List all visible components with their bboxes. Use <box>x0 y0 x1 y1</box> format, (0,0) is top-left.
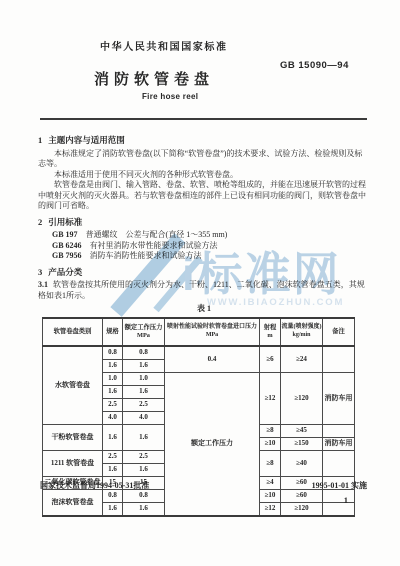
footer-implementation-date: 1995-01-01 实施 <box>312 480 367 491</box>
cell-range: ≥10 <box>260 437 281 450</box>
clause-number: 3.1 <box>38 280 48 289</box>
cell-category-water: 水软管卷盘 <box>43 346 103 425</box>
header-category: 软管卷盘类别 <box>43 318 103 346</box>
cell-spec: 1.6 <box>103 463 123 476</box>
section-2-number: 2 <box>38 217 42 227</box>
cell-range: ≥4 <box>260 476 281 489</box>
cell-remark <box>323 346 355 373</box>
header-divider <box>40 118 367 120</box>
section-3-number: 3 <box>38 267 42 277</box>
reference-title: 有衬里消防水带性能要求和试验方法 <box>90 241 218 250</box>
cell-flow: ≥120 <box>281 502 323 516</box>
cell-rated: 0.8 <box>123 346 165 360</box>
cell-inlet: 0.4 <box>165 346 260 373</box>
cell-flow: ≥120 <box>281 372 323 424</box>
header-inlet-pressure-unit: MPa <box>165 332 259 340</box>
header-rated-pressure-label: 额定工作压力 <box>123 324 164 332</box>
cell-spec: 1.6 <box>103 502 123 516</box>
cell-flow: ≥40 <box>281 450 323 476</box>
header-range-unit: m <box>260 332 280 340</box>
cell-rated: 1.6 <box>123 359 165 372</box>
standard-code: GB 15090—94 <box>280 60 349 71</box>
cell-range: ≥6 <box>260 346 281 373</box>
reference-code: GB 7956 <box>52 251 82 260</box>
reference-item: GB 7956消防车消防性能要求和试验方法 <box>52 251 370 262</box>
document-body: 1主题内容与适用范围 本标准规定了消防软管卷盘(以下简称“软管卷盘”)的技术要求… <box>38 130 370 517</box>
table-header-row: 软管卷盘类别 规格 额定工作压力 MPa 喷射性能试验时软管卷盘进口压力 MPa… <box>43 318 355 346</box>
cell-rated: 2.5 <box>123 450 165 463</box>
section-2-heading: 2引用标准 <box>38 217 370 228</box>
reference-list: GB 197普通螺纹 公差与配合(直径 1～355 mm) GB 6246有衬里… <box>52 230 370 262</box>
cell-spec: 4.0 <box>103 411 123 424</box>
document-title: 消防软管卷盘 <box>94 68 214 89</box>
section-2-title: 引用标准 <box>48 217 82 227</box>
cell-remark <box>323 450 355 476</box>
cell-spec: 1.6 <box>103 359 123 372</box>
header-spec: 规格 <box>103 318 123 346</box>
cell-remark <box>323 502 355 516</box>
standard-label: 中华人民共和国国家标准 <box>100 38 228 53</box>
cell-flow: ≥45 <box>281 424 323 437</box>
cell-spec: 1.6 <box>103 424 123 450</box>
cell-rated: 1.6 <box>123 424 165 450</box>
reference-title: 消防车消防性能要求和试验方法 <box>90 251 202 260</box>
cell-range: ≥12 <box>260 502 281 516</box>
cell-spec: 2.5 <box>103 398 123 411</box>
cell-range: ≥10 <box>260 489 281 502</box>
section-1-heading: 1主题内容与适用范围 <box>38 135 370 146</box>
header-flow: 流量(喷射强度) kg/min <box>281 318 323 346</box>
cell-range: ≥8 <box>260 450 281 476</box>
header-inlet-pressure-label: 喷射性能试验时软管卷盘进口压力 <box>165 324 259 332</box>
cell-spec: 1.6 <box>103 385 123 398</box>
header-rated-pressure: 额定工作压力 MPa <box>123 318 165 346</box>
table-caption: 表 1 <box>38 304 370 315</box>
cell-remark <box>323 424 355 437</box>
section-3-heading: 3产品分类 <box>38 267 370 278</box>
reference-code: GB 6246 <box>52 241 82 250</box>
header-range-label: 射程 <box>260 324 280 332</box>
reference-item: GB 6246有衬里消防水带性能要求和试验方法 <box>52 241 370 252</box>
reference-title: 普通螺纹 公差与配合(直径 1～355 mm) <box>86 230 228 239</box>
page-number: 1 <box>344 495 348 505</box>
document-page: 中华人民共和国国家标准 GB 15090—94 消防软管卷盘 Fire hose… <box>0 0 400 566</box>
table-row: 水软管卷盘 0.8 0.8 0.4 ≥6 ≥24 <box>43 346 355 360</box>
cell-inlet-rated-working-pressure: 额定工作压力 <box>165 372 260 516</box>
section-1-title: 主题内容与适用范围 <box>48 135 125 145</box>
cell-flow: ≥24 <box>281 346 323 373</box>
paragraph: 软管卷盘是由阀门、输入管路、卷盘、软管、喷枪等组成的，并能在迅速展开软管的过程中… <box>38 180 370 212</box>
cell-rated: 1.6 <box>123 385 165 398</box>
header-inlet-pressure: 喷射性能试验时软管卷盘进口压力 MPa <box>165 318 260 346</box>
cell-flow: ≥150 <box>281 437 323 450</box>
cell-range: ≥8 <box>260 424 281 437</box>
document-subtitle-english: Fire hose reel <box>142 92 198 101</box>
cell-spec: 2.5 <box>103 450 123 463</box>
cell-rated: 1.0 <box>123 372 165 385</box>
cell-category-dry-powder: 干粉软管卷盘 <box>43 424 103 450</box>
header-rated-pressure-unit: MPa <box>123 332 164 340</box>
cell-rated: 4.0 <box>123 411 165 424</box>
cell-spec: 0.8 <box>103 346 123 360</box>
cell-category-foam: 泡沫软管卷盘 <box>43 489 103 516</box>
section-3-title: 产品分类 <box>48 267 82 277</box>
section-1-number: 1 <box>38 135 42 145</box>
header-remark: 备注 <box>323 318 355 346</box>
reference-item: GB 197普通螺纹 公差与配合(直径 1～355 mm) <box>52 230 370 241</box>
cell-spec: 1.0 <box>103 372 123 385</box>
header-range: 射程 m <box>260 318 281 346</box>
reference-code: GB 197 <box>52 230 78 239</box>
header-flow-label: 流量(喷射强度) <box>281 324 322 332</box>
header-flow-unit: kg/min <box>281 332 322 340</box>
cell-remark: 消防车用 <box>323 372 355 424</box>
clause-text: 软管卷盘按其所使用的灭火剂分为水、干粉、1211、二氧化碳、泡沫软管卷盘五类，其… <box>38 280 365 300</box>
paragraph: 本标准适用于使用不同灭火剂的各种形式软管卷盘。 <box>38 170 370 181</box>
cell-category-1211: 1211 软管卷盘 <box>43 450 103 476</box>
cell-rated: 1.6 <box>123 463 165 476</box>
clause-3-1: 3.1软管卷盘按其所使用的灭火剂分为水、干粉、1211、二氧化碳、泡沫软管卷盘五… <box>38 280 370 301</box>
cell-rated: 2.5 <box>123 398 165 411</box>
cell-range: ≥12 <box>260 372 281 424</box>
footer-approval: 国家技术监督局1994-05-31批准 <box>40 480 149 491</box>
cell-remark: 消防车用 <box>323 437 355 450</box>
paragraph: 本标准规定了消防软管卷盘(以下简称“软管卷盘”)的技术要求、试验方法、检验规则及… <box>38 149 370 170</box>
cell-rated: 1.6 <box>123 502 165 516</box>
